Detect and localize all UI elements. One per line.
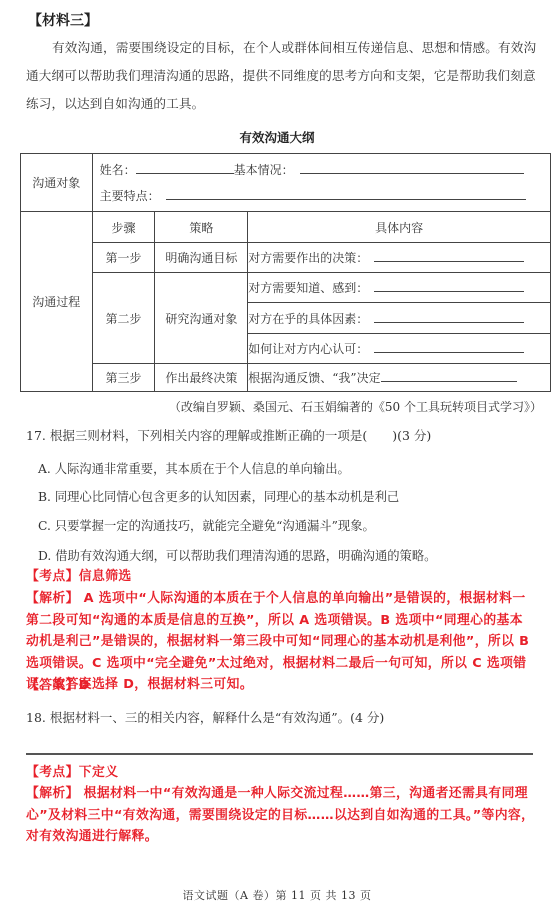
- outline-table: 沟通对象 姓名：基本情况： 主要特点： 沟通过程 步骤 策略 具体内容 第一步 …: [20, 153, 551, 392]
- jiexi-text: A 选项中“人际沟通的本质在于个人信息的单向输出”是错误的，根据材料一第二段可知…: [26, 591, 529, 692]
- q17-option-a[interactable]: A. 人际沟通非常重要，其本质在于个人信息的单向输出。: [38, 459, 350, 477]
- table-title: 有效沟通大纲: [0, 128, 554, 146]
- answer-text: D: [79, 678, 90, 693]
- content-blank[interactable]: [374, 279, 524, 292]
- page-footer: 语文试题（A 卷）第 11 页 共 13 页: [0, 887, 554, 903]
- material-heading: 【材料三】: [28, 10, 98, 30]
- strategy-1: 明确沟通目标: [155, 243, 248, 273]
- q17-jiexi: 【解析】 A 选项中“人际沟通的本质在于个人信息的单向输出”是错误的，根据材料一…: [26, 588, 536, 696]
- jiexi-text: 根据材料一中“有效沟通是一种人际交流过程……第三，沟通者还需具有同理心”及材料三…: [26, 786, 534, 844]
- content-cell: 对方在乎的具体因素：: [248, 303, 551, 334]
- header-content: 具体内容: [248, 212, 551, 243]
- q18-kaodian: 【考点】下定义: [26, 762, 118, 784]
- step-row: 第一步 明确沟通目标 对方需要作出的决策：: [21, 243, 551, 273]
- content-label: 根据沟通反馈、“我”决定: [248, 371, 380, 385]
- traits-blank[interactable]: [166, 187, 526, 200]
- answer-label: 【答案】: [26, 678, 79, 693]
- content-label: 如何让对方内心认可：: [248, 342, 368, 356]
- q17-answer: 【答案】D: [26, 675, 90, 697]
- content-cell: 对方需要作出的决策：: [248, 243, 551, 273]
- process-label: 沟通过程: [21, 212, 93, 392]
- table-source: （改编自罗颖、桑国元、石玉娟编著的《50 个工具玩转项目式学习》）: [169, 398, 542, 415]
- step-row: 第三步 作出最终决策 根据沟通反馈、“我”决定: [21, 364, 551, 392]
- answer-line[interactable]: [26, 753, 533, 755]
- content-label: 对方需要知道、感到：: [248, 281, 368, 295]
- content-label: 对方需要作出的决策：: [248, 251, 368, 265]
- header-step: 步骤: [92, 212, 155, 243]
- strategy-2: 研究沟通对象: [155, 273, 248, 364]
- q17-option-b[interactable]: B. 同理心比同情心包含更多的认知因素，同理心的基本动机是利己: [38, 487, 399, 505]
- content-cell: 如何让对方内心认可：: [248, 334, 551, 364]
- step-2: 第二步: [92, 273, 155, 364]
- content-cell: 根据沟通反馈、“我”决定: [248, 364, 551, 392]
- q17-stem: 17. 根据三则材料，下列相关内容的理解或推断正确的一项是( )(3 分): [26, 426, 431, 444]
- name-label: 姓名：: [100, 163, 136, 177]
- name-blank[interactable]: [136, 161, 234, 174]
- basic-blank[interactable]: [300, 161, 524, 174]
- step-3: 第三步: [92, 364, 155, 392]
- q18-stem: 18. 根据材料一、三的相关内容，解释什么是“有效沟通”。(4 分): [26, 708, 384, 726]
- kaodian-label: 【考点】: [26, 569, 79, 584]
- content-label: 对方在乎的具体因素：: [248, 312, 368, 326]
- content-blank[interactable]: [374, 310, 524, 323]
- material-paragraph: 有效沟通，需要围绕设定的目标，在个人或群体间相互传递信息、思想和情感。有效沟通大…: [26, 34, 548, 118]
- q17-option-c[interactable]: C. 只要掌握一定的沟通技巧，就能完全避免“沟通漏斗”现象。: [38, 516, 375, 534]
- target-label: 沟通对象: [21, 154, 93, 212]
- kaodian-text: 下定义: [79, 765, 119, 780]
- target-fields: 姓名：基本情况： 主要特点：: [92, 154, 550, 212]
- content-blank[interactable]: [374, 340, 524, 353]
- step-row: 第二步 研究沟通对象 对方需要知道、感到：: [21, 273, 551, 303]
- content-blank[interactable]: [374, 249, 524, 262]
- process-header-row: 沟通过程 步骤 策略 具体内容: [21, 212, 551, 243]
- target-row: 沟通对象 姓名：基本情况： 主要特点：: [21, 154, 551, 212]
- jiexi-label: 【解析】: [26, 591, 79, 606]
- content-cell: 对方需要知道、感到：: [248, 273, 551, 303]
- q17-option-d[interactable]: D. 借助有效沟通大纲，可以帮助我们理清沟通的思路，明确沟通的策略。: [38, 546, 436, 564]
- kaodian-label: 【考点】: [26, 765, 79, 780]
- step-1: 第一步: [92, 243, 155, 273]
- q17-kaodian: 【考点】信息筛选: [26, 566, 132, 588]
- traits-label: 主要特点：: [100, 189, 160, 203]
- kaodian-text: 信息筛选: [79, 569, 132, 584]
- jiexi-label: 【解析】: [26, 786, 79, 801]
- header-strategy: 策略: [155, 212, 248, 243]
- q18-jiexi: 【解析】 根据材料一中“有效沟通是一种人际交流过程……第三，沟通者还需具有同理心…: [26, 783, 536, 848]
- basic-label: 基本情况：: [234, 163, 294, 177]
- content-blank[interactable]: [381, 369, 517, 382]
- strategy-3: 作出最终决策: [155, 364, 248, 392]
